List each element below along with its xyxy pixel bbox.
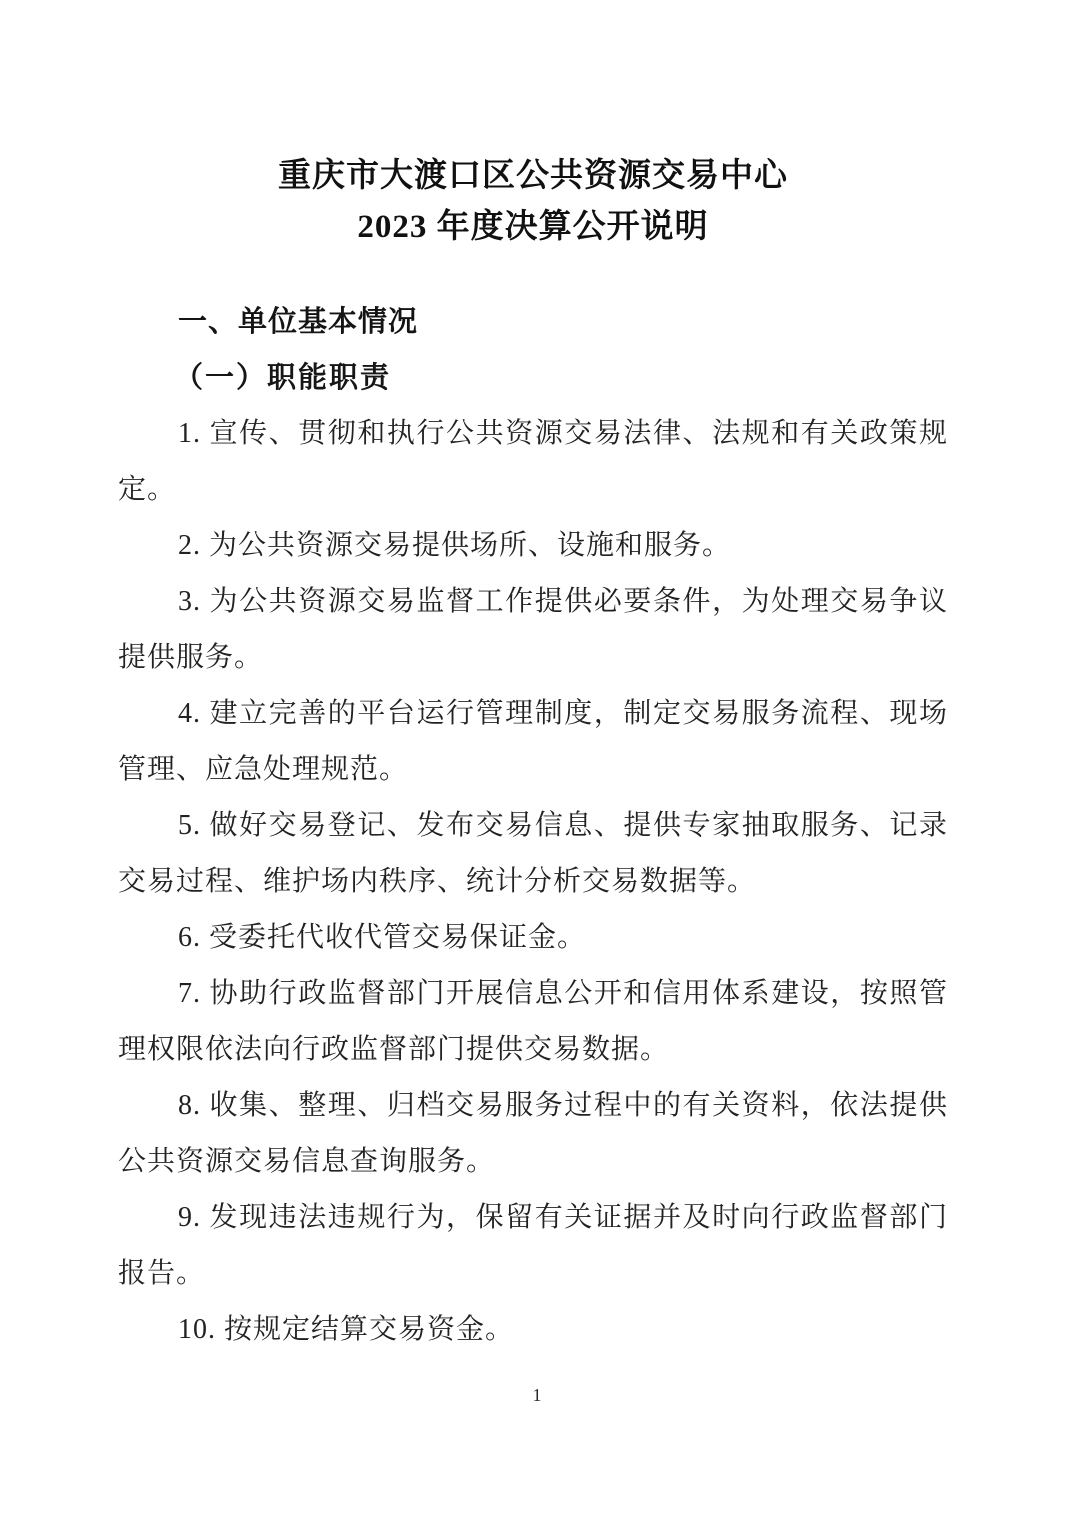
paragraph: 9. 发现违法违规行为，保留有关证据并及时向行政监督部门报告。: [118, 1190, 948, 1302]
paragraph-list: 1. 宣传、贯彻和执行公共资源交易法律、法规和有关政策规定。2. 为公共资源交易…: [118, 406, 948, 1358]
paragraph: 7. 协助行政监督部门开展信息公开和信用体系建设，按照管理权限依法向行政监督部门…: [118, 966, 948, 1078]
paragraph: 3. 为公共资源交易监督工作提供必要条件，为处理交易争议提供服务。: [118, 574, 948, 686]
paragraph: 6. 受委托代收代管交易保证金。: [118, 910, 948, 966]
document-title-line-1: 重庆市大渡口区公共资源交易中心: [118, 151, 948, 202]
section-heading: 一、单位基本情况: [118, 294, 948, 350]
paragraph: 8. 收集、整理、归档交易服务过程中的有关资料，依法提供公共资源交易信息查询服务…: [118, 1078, 948, 1190]
document-title: 重庆市大渡口区公共资源交易中心 2023 年度决算公开说明: [118, 151, 948, 253]
document-title-line-2: 2023 年度决算公开说明: [118, 202, 948, 253]
paragraph: 5. 做好交易登记、发布交易信息、提供专家抽取服务、记录交易过程、维护场内秩序、…: [118, 798, 948, 910]
page-number: 1: [0, 1383, 1074, 1407]
document-content: 重庆市大渡口区公共资源交易中心 2023 年度决算公开说明 一、单位基本情况 （…: [118, 151, 948, 1358]
paragraph: 10. 按规定结算交易资金。: [118, 1302, 948, 1358]
paragraph: 4. 建立完善的平台运行管理制度，制定交易服务流程、现场管理、应急处理规范。: [118, 686, 948, 798]
subsection-heading: （一）职能职责: [118, 350, 948, 406]
paragraph: 1. 宣传、贯彻和执行公共资源交易法律、法规和有关政策规定。: [118, 406, 948, 518]
document-page: 重庆市大渡口区公共资源交易中心 2023 年度决算公开说明 一、单位基本情况 （…: [0, 0, 1074, 1520]
paragraph: 2. 为公共资源交易提供场所、设施和服务。: [118, 518, 948, 574]
